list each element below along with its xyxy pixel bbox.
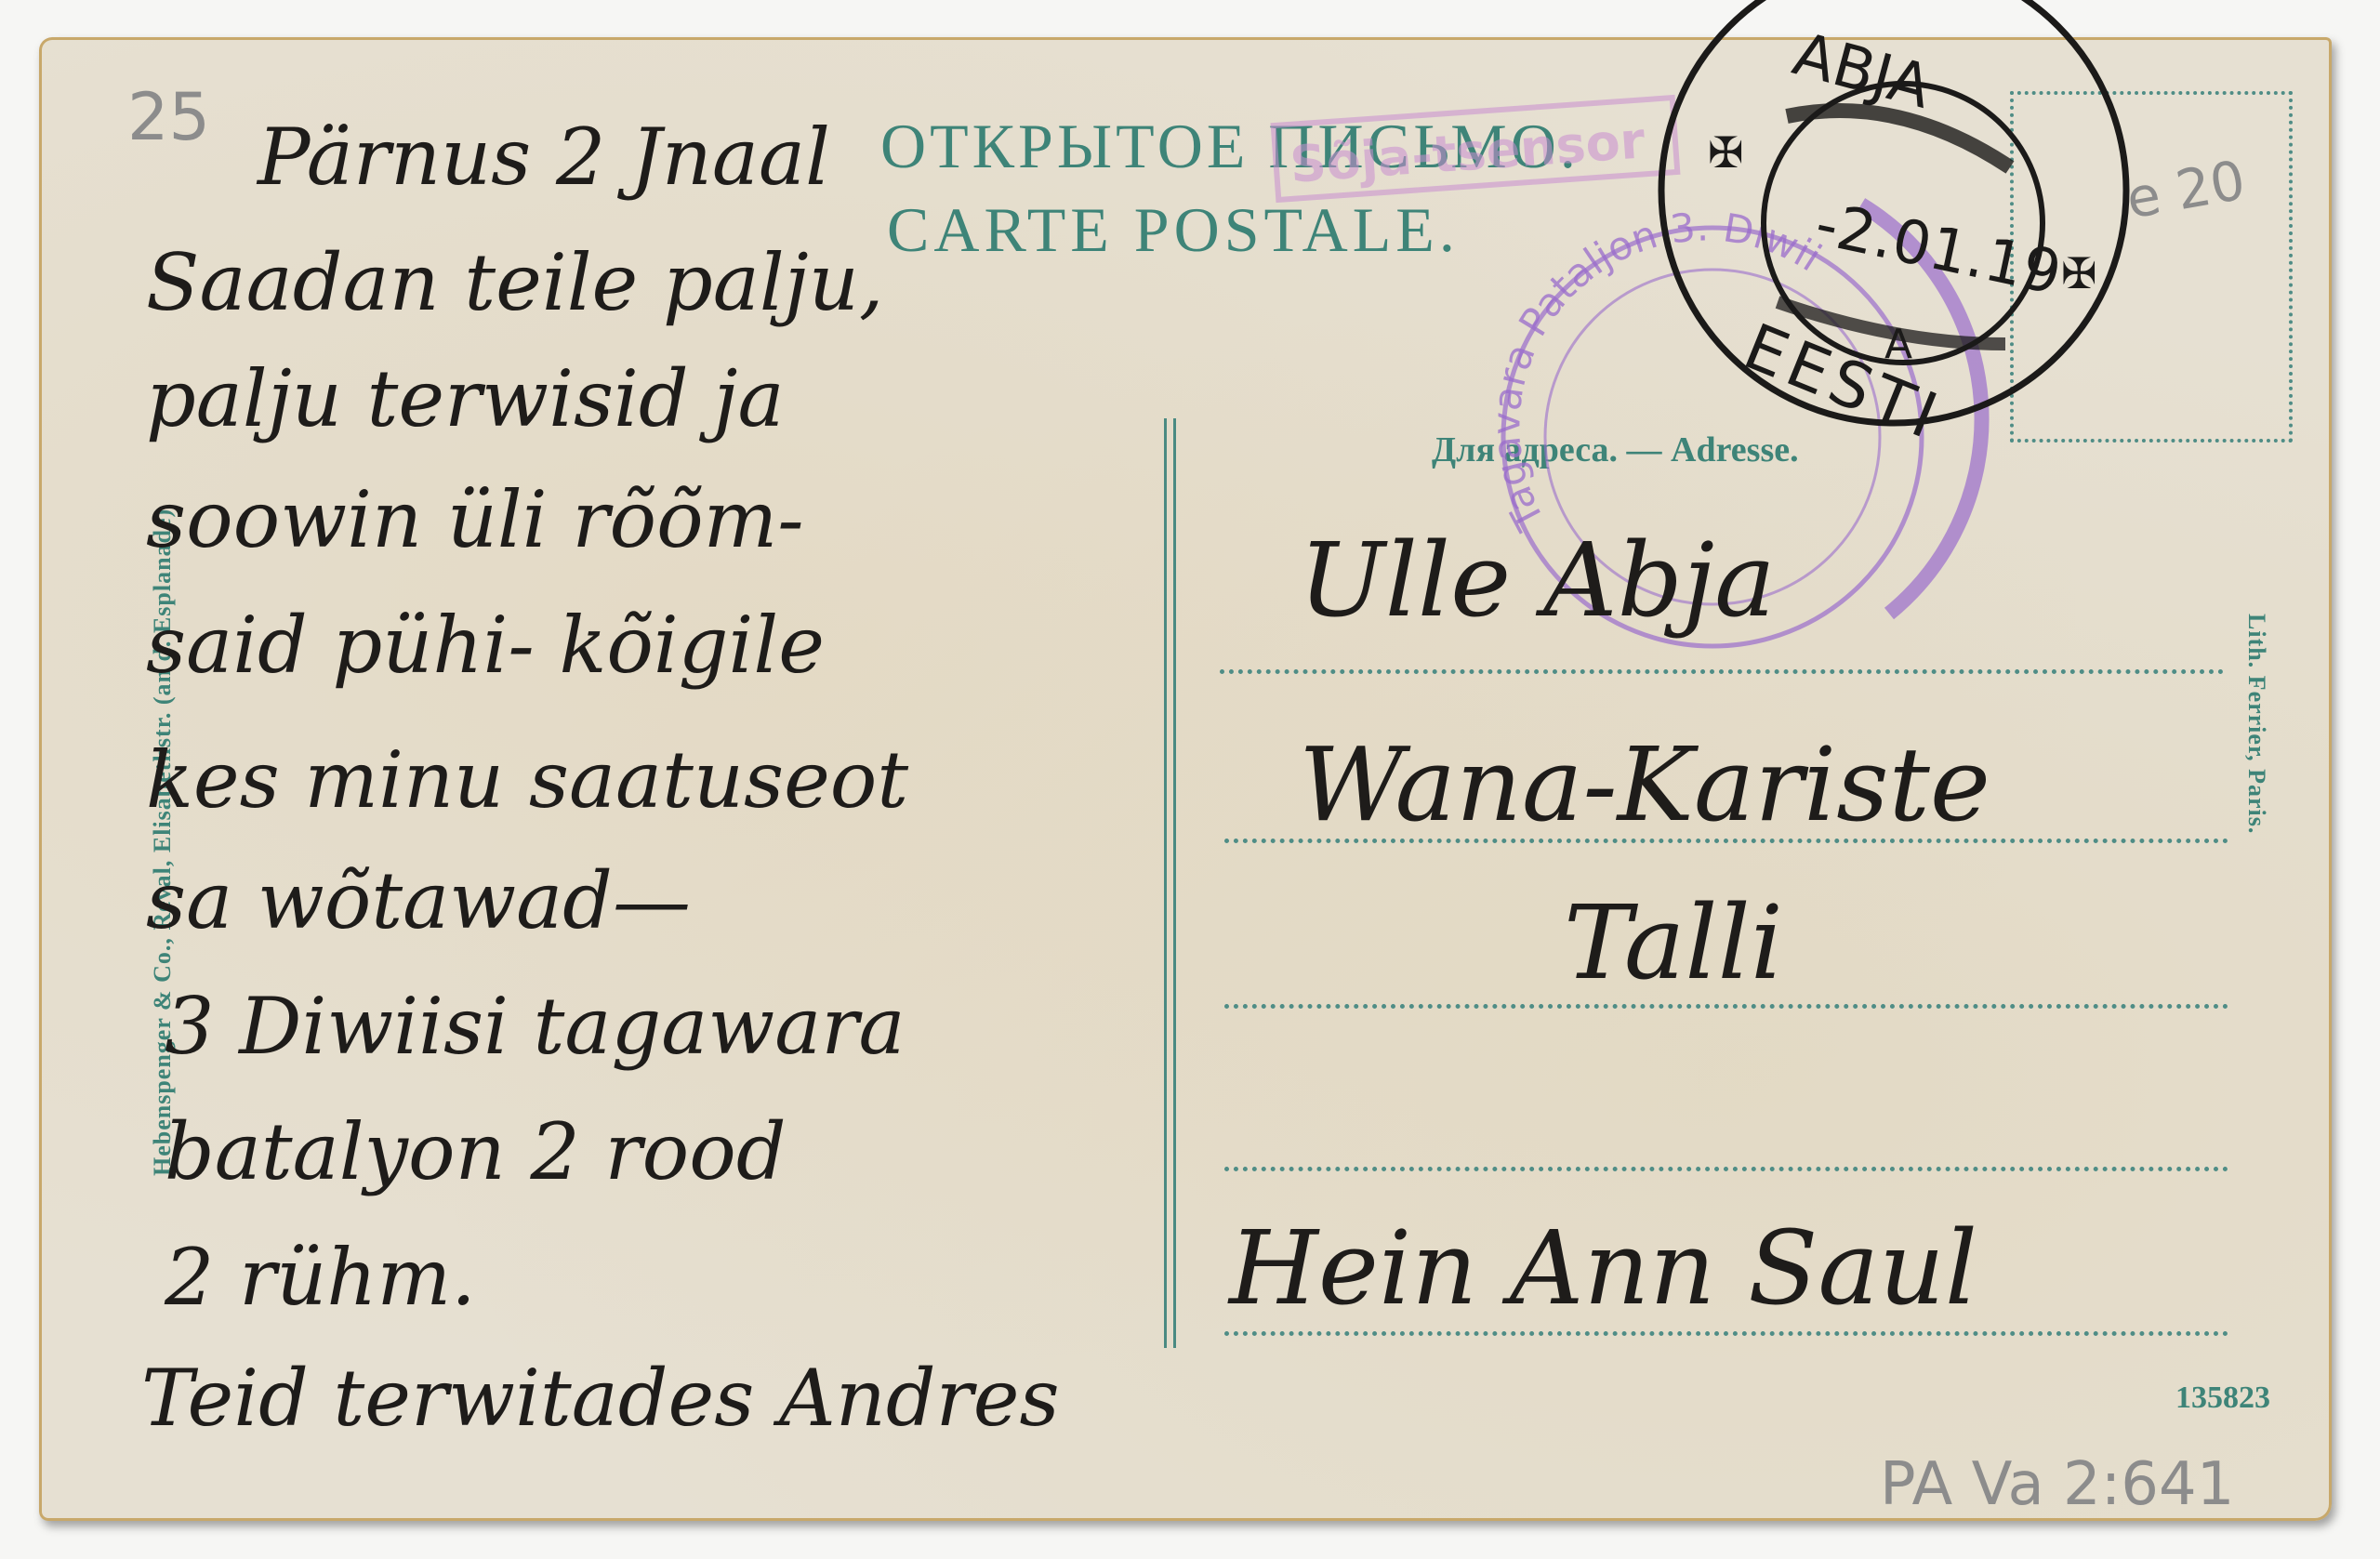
- message-line: said pühi- kõigile: [146, 600, 825, 691]
- address-line: Ulle Abja: [1299, 521, 1776, 640]
- svg-text:✠: ✠: [2061, 248, 2097, 298]
- rectangular-stamp: Sõja-tsensor: [1274, 98, 1678, 200]
- message-line: Teid terwitades Andres: [141, 1353, 1060, 1444]
- message-line: palju terwisid ja: [146, 353, 785, 444]
- address-line: Hein Ann Saul: [1229, 1209, 1977, 1328]
- address-line: Talli: [1564, 883, 1783, 1002]
- message-line: 2 rühm.: [165, 1232, 476, 1323]
- postcard: ОТКРЫТОЕ ПИСЬМО. CARTE POSTALE. Для адре…: [39, 37, 2332, 1521]
- message-line: Pärnus 2 Jnaal: [258, 112, 830, 203]
- message-line: Saadan teile palju,: [146, 237, 884, 328]
- message-line: 3 Diwiisi tagawara: [165, 981, 906, 1072]
- message-line: soowin üli rõõm-: [146, 474, 804, 565]
- archive-id: PA Va 2:641: [1880, 1450, 2234, 1519]
- pencil-note-top-left: 25: [127, 79, 210, 155]
- message-line: sa wõtawad—: [146, 855, 691, 946]
- svg-text:✠: ✠: [1708, 127, 1744, 178]
- message-line: kes minu saatuseot: [146, 734, 908, 826]
- address-line: Wana-Kariste: [1299, 725, 1990, 844]
- message-line: batalyon 2 rood: [165, 1106, 787, 1197]
